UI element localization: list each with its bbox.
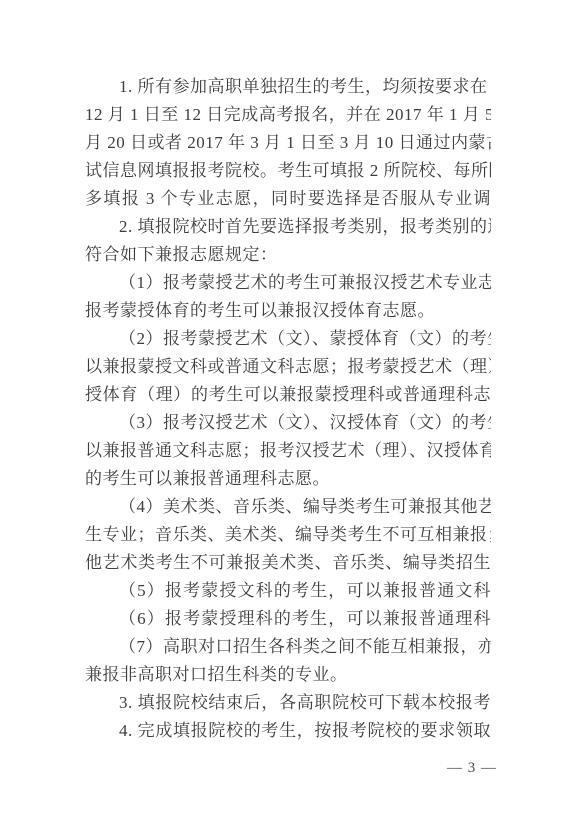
text-line: 授体育（理）的考生可以兼报蒙授理科或普通理科志愿。 xyxy=(85,381,491,409)
paragraph: 3. 填报院校结束后，各高职院校可下载本校报考考生信息。 xyxy=(85,689,491,717)
text-line: 试信息网填报报考院校。考生可填报 2 所院校、每所院校可最 xyxy=(85,157,491,185)
text-line: （3）报考汉授艺术（文）、汉授体育（文）的考生可 xyxy=(85,409,491,437)
paragraph: （1）报考蒙授艺术的考生可兼报汉授艺术专业志愿；报考蒙授体育的考生可以兼报汉授体… xyxy=(85,269,491,325)
page-number: — 3 — xyxy=(447,760,497,777)
paragraph: （6）报考蒙授理科的考生，可以兼报普通理科志愿。 xyxy=(85,605,491,633)
paragraph: （3）报考汉授艺术（文）、汉授体育（文）的考生可以兼报普通文科志愿；报考汉授艺术… xyxy=(85,409,491,493)
text-line: 的考生可以兼报普通理科志愿。 xyxy=(85,465,491,493)
scanned-document: { "document": { "background_color": "#ff… xyxy=(0,0,579,819)
text-line: 报考蒙授体育的考生可以兼报汉授体育志愿。 xyxy=(85,297,491,325)
paragraph: （2）报考蒙授艺术（文）、蒙授体育（文）的考生可以兼报蒙授文科或普通文科志愿；报… xyxy=(85,325,491,409)
text-line: 月 20 日或者 2017 年 3 月 1 日至 3 月 10 日通过内蒙古招生… xyxy=(85,129,491,157)
paragraph: （7）高职对口招生各科类之间不能互相兼报，亦不得兼报非高职对口招生科类的专业。 xyxy=(85,633,491,689)
text-line: 3. 填报院校结束后，各高职院校可下载本校报考考生信息。 xyxy=(85,689,491,717)
paragraph: 2. 填报院校时首先要选择报考类别，报考类别的选择应符合如下兼报志愿规定： xyxy=(85,213,491,269)
text-line: 以兼报蒙授文科或普通文科志愿；报考蒙授艺术（理）、蒙 xyxy=(85,353,491,381)
text-line: 4. 完成填报院校的考生，按报考院校的要求领取准考证。 xyxy=(85,717,491,745)
document-body: 1. 所有参加高职单独招生的考生，均须按要求在 2016 年12 月 1 日至 … xyxy=(85,73,491,745)
text-line: 他艺术类考生不可兼报美术类、音乐类、编导类招生专业。 xyxy=(85,549,491,577)
text-line: （5）报考蒙授文科的考生，可以兼报普通文科志愿。 xyxy=(85,577,491,605)
text-line: （7）高职对口招生各科类之间不能互相兼报，亦不得 xyxy=(85,633,491,661)
text-line: （1）报考蒙授艺术的考生可兼报汉授艺术专业志愿； xyxy=(85,269,491,297)
text-line: 2. 填报院校时首先要选择报考类别，报考类别的选择应 xyxy=(85,213,491,241)
text-line: 多填报 3 个专业志愿，同时要选择是否服从专业调剂。 xyxy=(85,185,491,213)
text-line: （4）美术类、音乐类、编导类考生可兼报其他艺术类招 xyxy=(85,493,491,521)
document-page: 1. 所有参加高职单独招生的考生，均须按要求在 2016 年12 月 1 日至 … xyxy=(0,0,579,819)
text-line: （2）报考蒙授艺术（文）、蒙授体育（文）的考生可 xyxy=(85,325,491,353)
text-line: 以兼报普通文科志愿；报考汉授艺术（理）、汉授体育（理） xyxy=(85,437,491,465)
text-line: 12 月 1 日至 12 日完成高考报名，并在 2017 年 1 月 5 日至 … xyxy=(85,101,491,129)
paragraph: （4）美术类、音乐类、编导类考生可兼报其他艺术类招生专业；音乐类、美术类、编导类… xyxy=(85,493,491,577)
paragraph: （5）报考蒙授文科的考生，可以兼报普通文科志愿。 xyxy=(85,577,491,605)
text-line: （6）报考蒙授理科的考生，可以兼报普通理科志愿。 xyxy=(85,605,491,633)
text-line: 1. 所有参加高职单独招生的考生，均须按要求在 2016 年 xyxy=(85,73,491,101)
text-line: 生专业；音乐类、美术类、编导类考生不可互相兼报；报考其 xyxy=(85,521,491,549)
text-line: 兼报非高职对口招生科类的专业。 xyxy=(85,661,491,689)
text-line: 符合如下兼报志愿规定： xyxy=(85,241,491,269)
paragraph: 1. 所有参加高职单独招生的考生，均须按要求在 2016 年12 月 1 日至 … xyxy=(85,73,491,213)
paragraph: 4. 完成填报院校的考生，按报考院校的要求领取准考证。 xyxy=(85,717,491,745)
